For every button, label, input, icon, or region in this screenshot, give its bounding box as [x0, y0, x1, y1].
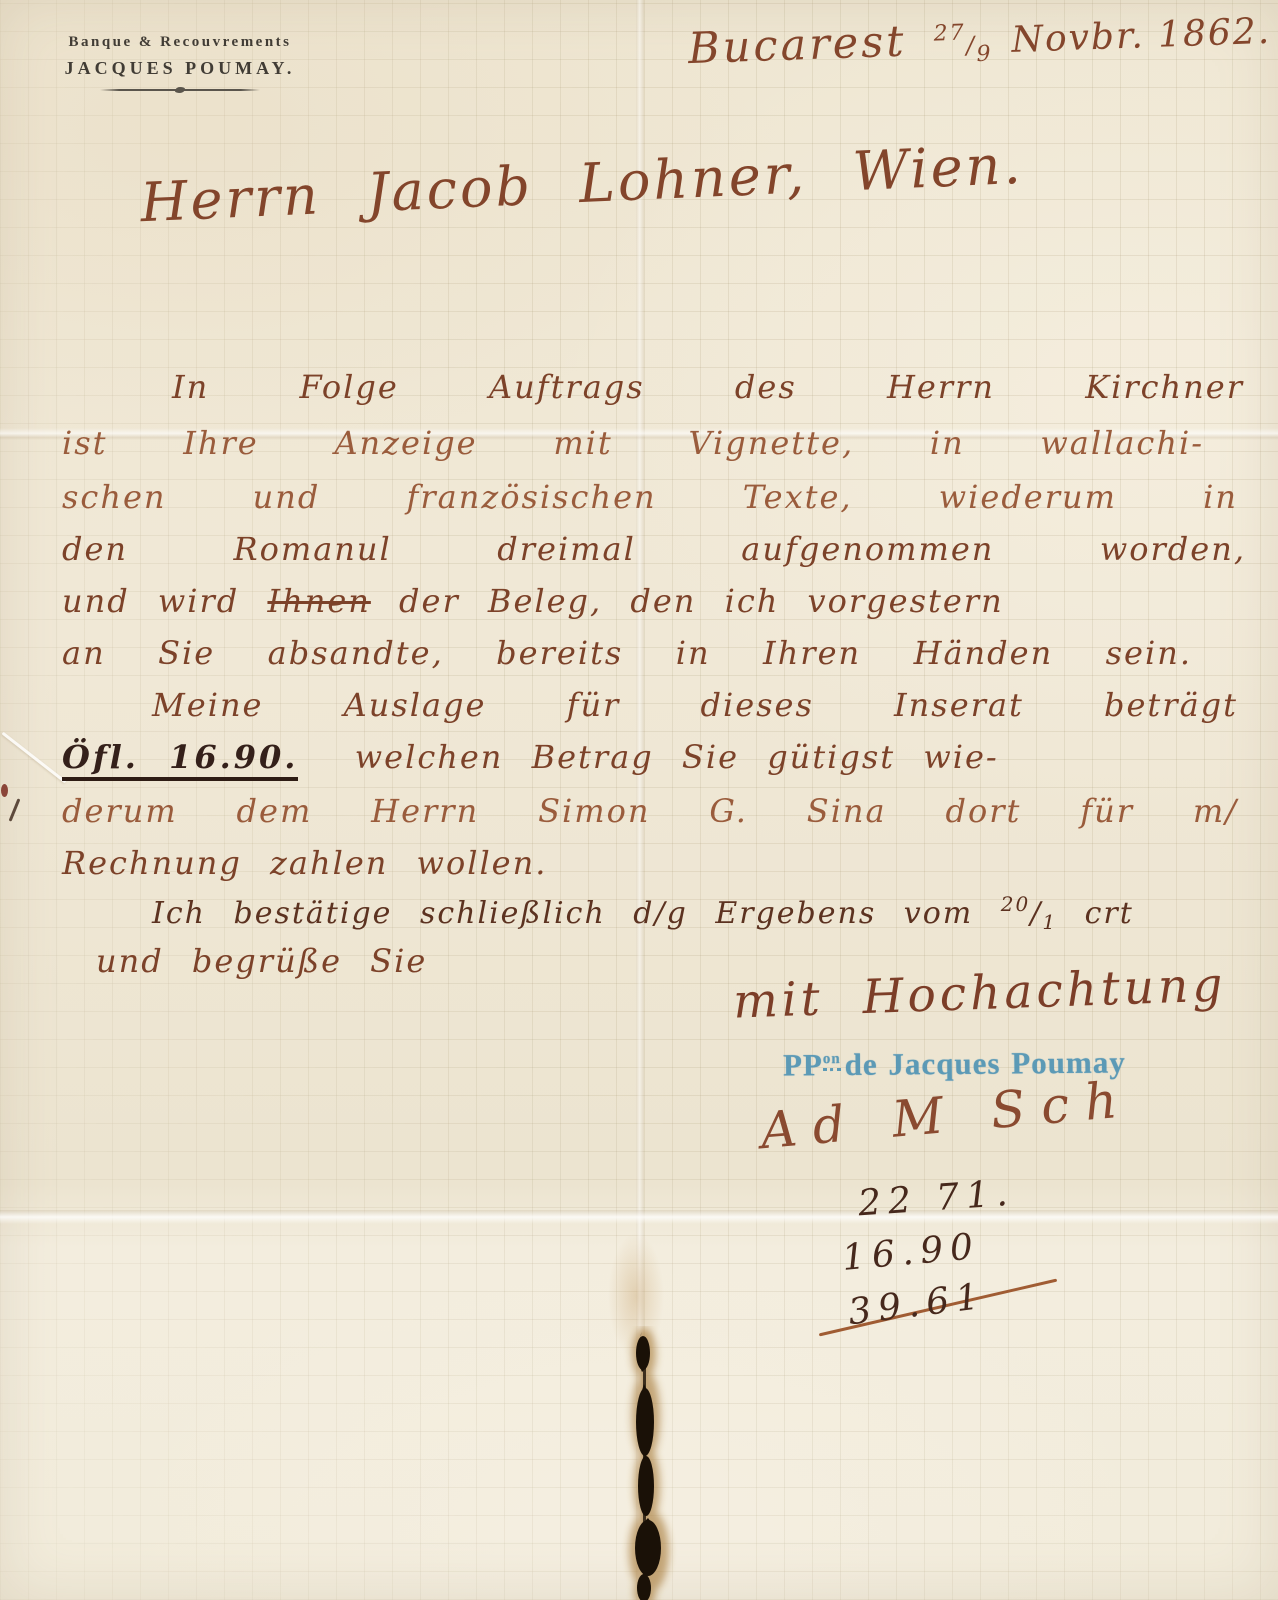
body-line: Meine Auslage für dieses Inserat beträgt — [152, 686, 1238, 724]
body-line-with-amount: Öfl. 16.90. welchen Betrag Sie gütigst w… — [62, 738, 999, 776]
underlined-amount: Öfl. 16.90. — [62, 738, 298, 781]
left-edge-crease — [2, 732, 67, 784]
body-line: an Sie absandte, bereits in Ihren Händen… — [62, 634, 1192, 672]
body-line: In Folge Auftrags des Herrn Kirchner — [172, 368, 1244, 406]
signature: Ad M Sch — [758, 1070, 1135, 1160]
body-line: schen und französischen Texte, wiederum … — [62, 478, 1238, 516]
date-fraction-top: 20 — [1001, 892, 1030, 916]
burn-damage-mark — [598, 1326, 694, 1600]
calc-addend-2: 16.90 — [840, 1226, 981, 1279]
closing-formula: mit Hochachtung — [732, 957, 1227, 1029]
body-line: den Romanul dreimal aufgenommen worden, — [62, 530, 1246, 568]
salutation: Herrn Jacob Lohner, Wien. — [139, 133, 1025, 234]
body-line-confirmation: Ich bestätige schließlich d/g Ergebens v… — [152, 892, 1134, 934]
letter-page: Banque & Recouvrements JACQUES POUMAY. B… — [0, 0, 1278, 1600]
body-text: crt — [1085, 896, 1134, 931]
body-line: derum dem Herrn Simon G. Sina dort für m… — [62, 792, 1238, 830]
body-line: und begrüße Sie — [96, 942, 427, 980]
body-text: und wird — [62, 582, 267, 620]
body-text: welchen Betrag Sie gütigst wie- — [355, 738, 999, 776]
date-fraction-slash: / — [1030, 896, 1042, 931]
dateline-slash: / — [966, 31, 977, 59]
stamp-prefix: PP — [783, 1047, 823, 1082]
letterhead-name-line: JACQUES POUMAY. — [50, 58, 310, 79]
body-text: der Beleg, den ich vorgestern — [371, 582, 1004, 620]
date-fraction-bottom: 1 — [1042, 910, 1057, 934]
struck-word: Ihnen — [267, 582, 370, 620]
body-line: Rechnung zahlen wollen. — [62, 844, 547, 882]
left-edge-ink-spot — [1, 784, 8, 797]
body-line: ist Ihre Anzeige mit Vignette, in wallac… — [62, 424, 1204, 462]
dateline-date-fraction: 27/9 — [934, 33, 993, 57]
letterhead: Banque & Recouvrements JACQUES POUMAY. — [50, 34, 310, 91]
left-edge-ink-dash — [9, 798, 21, 821]
dateline-month-year: Novbr. 1862. — [1011, 11, 1272, 61]
letterhead-ornament-rule — [100, 89, 260, 91]
dateline-day-old-style: 9 — [976, 42, 993, 68]
body-line-with-strikethrough: und wird Ihnen der Beleg, den ich vorges… — [62, 582, 1004, 620]
calc-total: 39.61 — [846, 1276, 988, 1334]
letterhead-bank-line: Banque & Recouvrements — [50, 34, 310, 51]
dateline-place: Bucarest — [687, 17, 907, 75]
body-text: Ich bestätige schließlich d/g Ergebens v… — [152, 896, 973, 931]
dateline-day: 27 — [933, 20, 966, 46]
dateline: Bucarest 27/9 Novbr. 1862. — [687, 4, 1272, 74]
stamp-superscript: on — [823, 1051, 841, 1071]
